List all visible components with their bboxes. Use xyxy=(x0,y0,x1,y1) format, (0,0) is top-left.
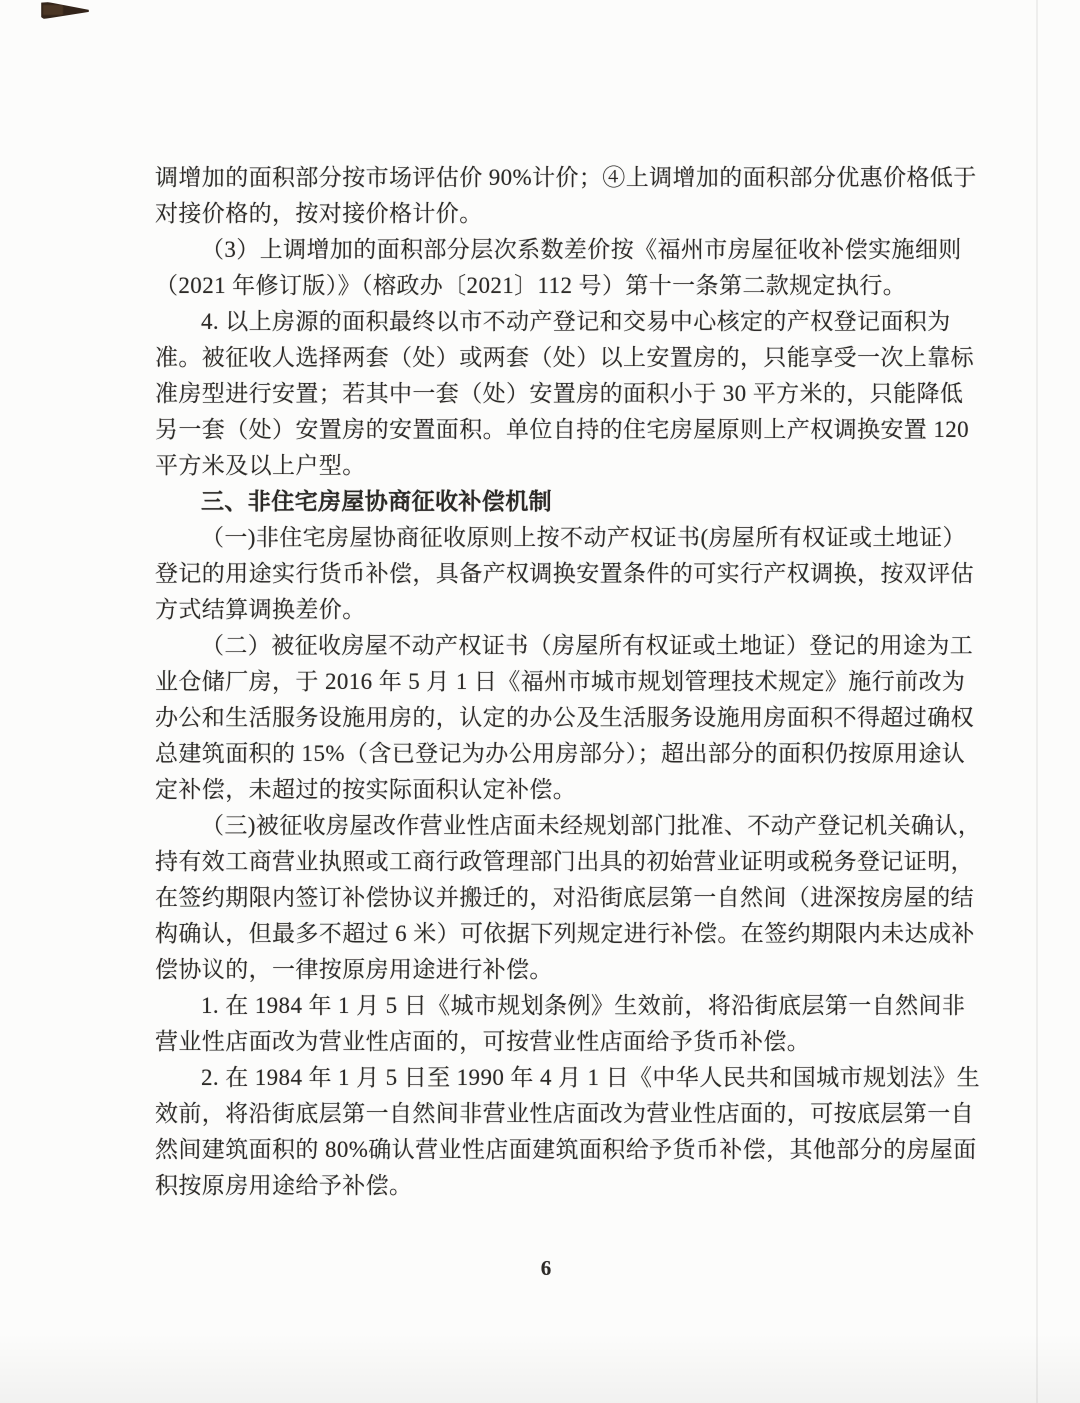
text-line: 持有效工商营业执照或工商行政管理部门出具的初始营业证明或税务登记证明， xyxy=(155,844,937,880)
text-line: 登记的用途实行货币补偿，具备产权调换安置条件的可实行产权调换，按双评估 xyxy=(155,556,937,592)
text-line: 营业性店面改为营业性店面的，可按营业性店面给予货币补偿。 xyxy=(155,1024,937,1060)
text-line: 然间建筑面积的 80%确认营业性店面建筑面积给予货币补偿，其他部分的房屋面 xyxy=(155,1132,937,1168)
text-line: 在签约期限内签订补偿协议并搬迁的，对沿街底层第一自然间（进深按房屋的结 xyxy=(155,880,937,916)
scanned-document-page: 调增加的面积部分按市场评估价 90%计价；④上调增加的面积部分优惠价格低于对接价… xyxy=(0,0,1080,1403)
text-line: 方式结算调换差价。 xyxy=(155,592,937,628)
text-line: 定补偿，未超过的按实际面积认定补偿。 xyxy=(155,772,937,808)
text-line: 构确认，但最多不超过 6 米）可依据下列规定进行补偿。在签约期限内未达成补 xyxy=(155,916,937,952)
text-line: 准房型进行安置；若其中一套（处）安置房的面积小于 30 平方米的，只能降低 xyxy=(155,376,937,412)
scan-corner-artifact xyxy=(41,2,89,19)
text-line: 4. 以上房源的面积最终以市不动产登记和交易中心核定的产权登记面积为 xyxy=(155,304,937,340)
text-line: 偿协议的，一律按原房用途进行补偿。 xyxy=(155,952,937,988)
text-line: （一)非住宅房屋协商征收原则上按不动产权证书(房屋所有权证或土地证） xyxy=(155,520,937,556)
text-line: 另一套（处）安置房的安置面积。单位自持的住宅房屋原则上产权调换安置 120 xyxy=(155,412,937,448)
text-line: （二）被征收房屋不动产权证书（房屋所有权证或土地证）登记的用途为工 xyxy=(155,628,937,664)
text-line: （三)被征收房屋改作营业性店面未经规划部门批准、不动产登记机关确认， xyxy=(155,808,937,844)
text-line: 准。被征收人选择两套（处）或两套（处）以上安置房的，只能享受一次上靠标 xyxy=(155,340,937,376)
document-body: 调增加的面积部分按市场评估价 90%计价；④上调增加的面积部分优惠价格低于对接价… xyxy=(155,160,937,1204)
text-line: 调增加的面积部分按市场评估价 90%计价；④上调增加的面积部分优惠价格低于 xyxy=(155,160,937,196)
scan-edge-line xyxy=(1036,0,1038,1403)
scan-bottom-shade xyxy=(0,1333,1080,1403)
text-line: 积按原房用途给予补偿。 xyxy=(155,1168,937,1204)
text-line: 效前，将沿街底层第一自然间非营业性店面改为营业性店面的，可按底层第一自 xyxy=(155,1096,937,1132)
text-line: （3）上调增加的面积部分层次系数差价按《福州市房屋征收补偿实施细则 xyxy=(155,232,937,268)
text-line: 业仓储厂房，于 2016 年 5 月 1 日《福州市城市规划管理技术规定》施行前… xyxy=(155,664,937,700)
section-heading: 三、非住宅房屋协商征收补偿机制 xyxy=(155,484,937,520)
text-line: 对接价格的，按对接价格计价。 xyxy=(155,196,937,232)
page-number: 6 xyxy=(0,1256,1080,1281)
text-line: 总建筑面积的 15%（含已登记为办公用房部分）；超出部分的面积仍按原用途认 xyxy=(155,736,937,772)
text-line: 办公和生活服务设施用房的，认定的办公及生活服务设施用房面积不得超过确权 xyxy=(155,700,937,736)
text-line: 平方米及以上户型。 xyxy=(155,448,937,484)
text-line: 2. 在 1984 年 1 月 5 日至 1990 年 4 月 1 日《中华人民… xyxy=(155,1060,937,1096)
text-line: 1. 在 1984 年 1 月 5 日《城市规划条例》生效前，将沿街底层第一自然… xyxy=(155,988,937,1024)
text-line: （2021 年修订版）》（榕政办〔2021〕112 号）第十一条第二款规定执行。 xyxy=(155,268,937,304)
